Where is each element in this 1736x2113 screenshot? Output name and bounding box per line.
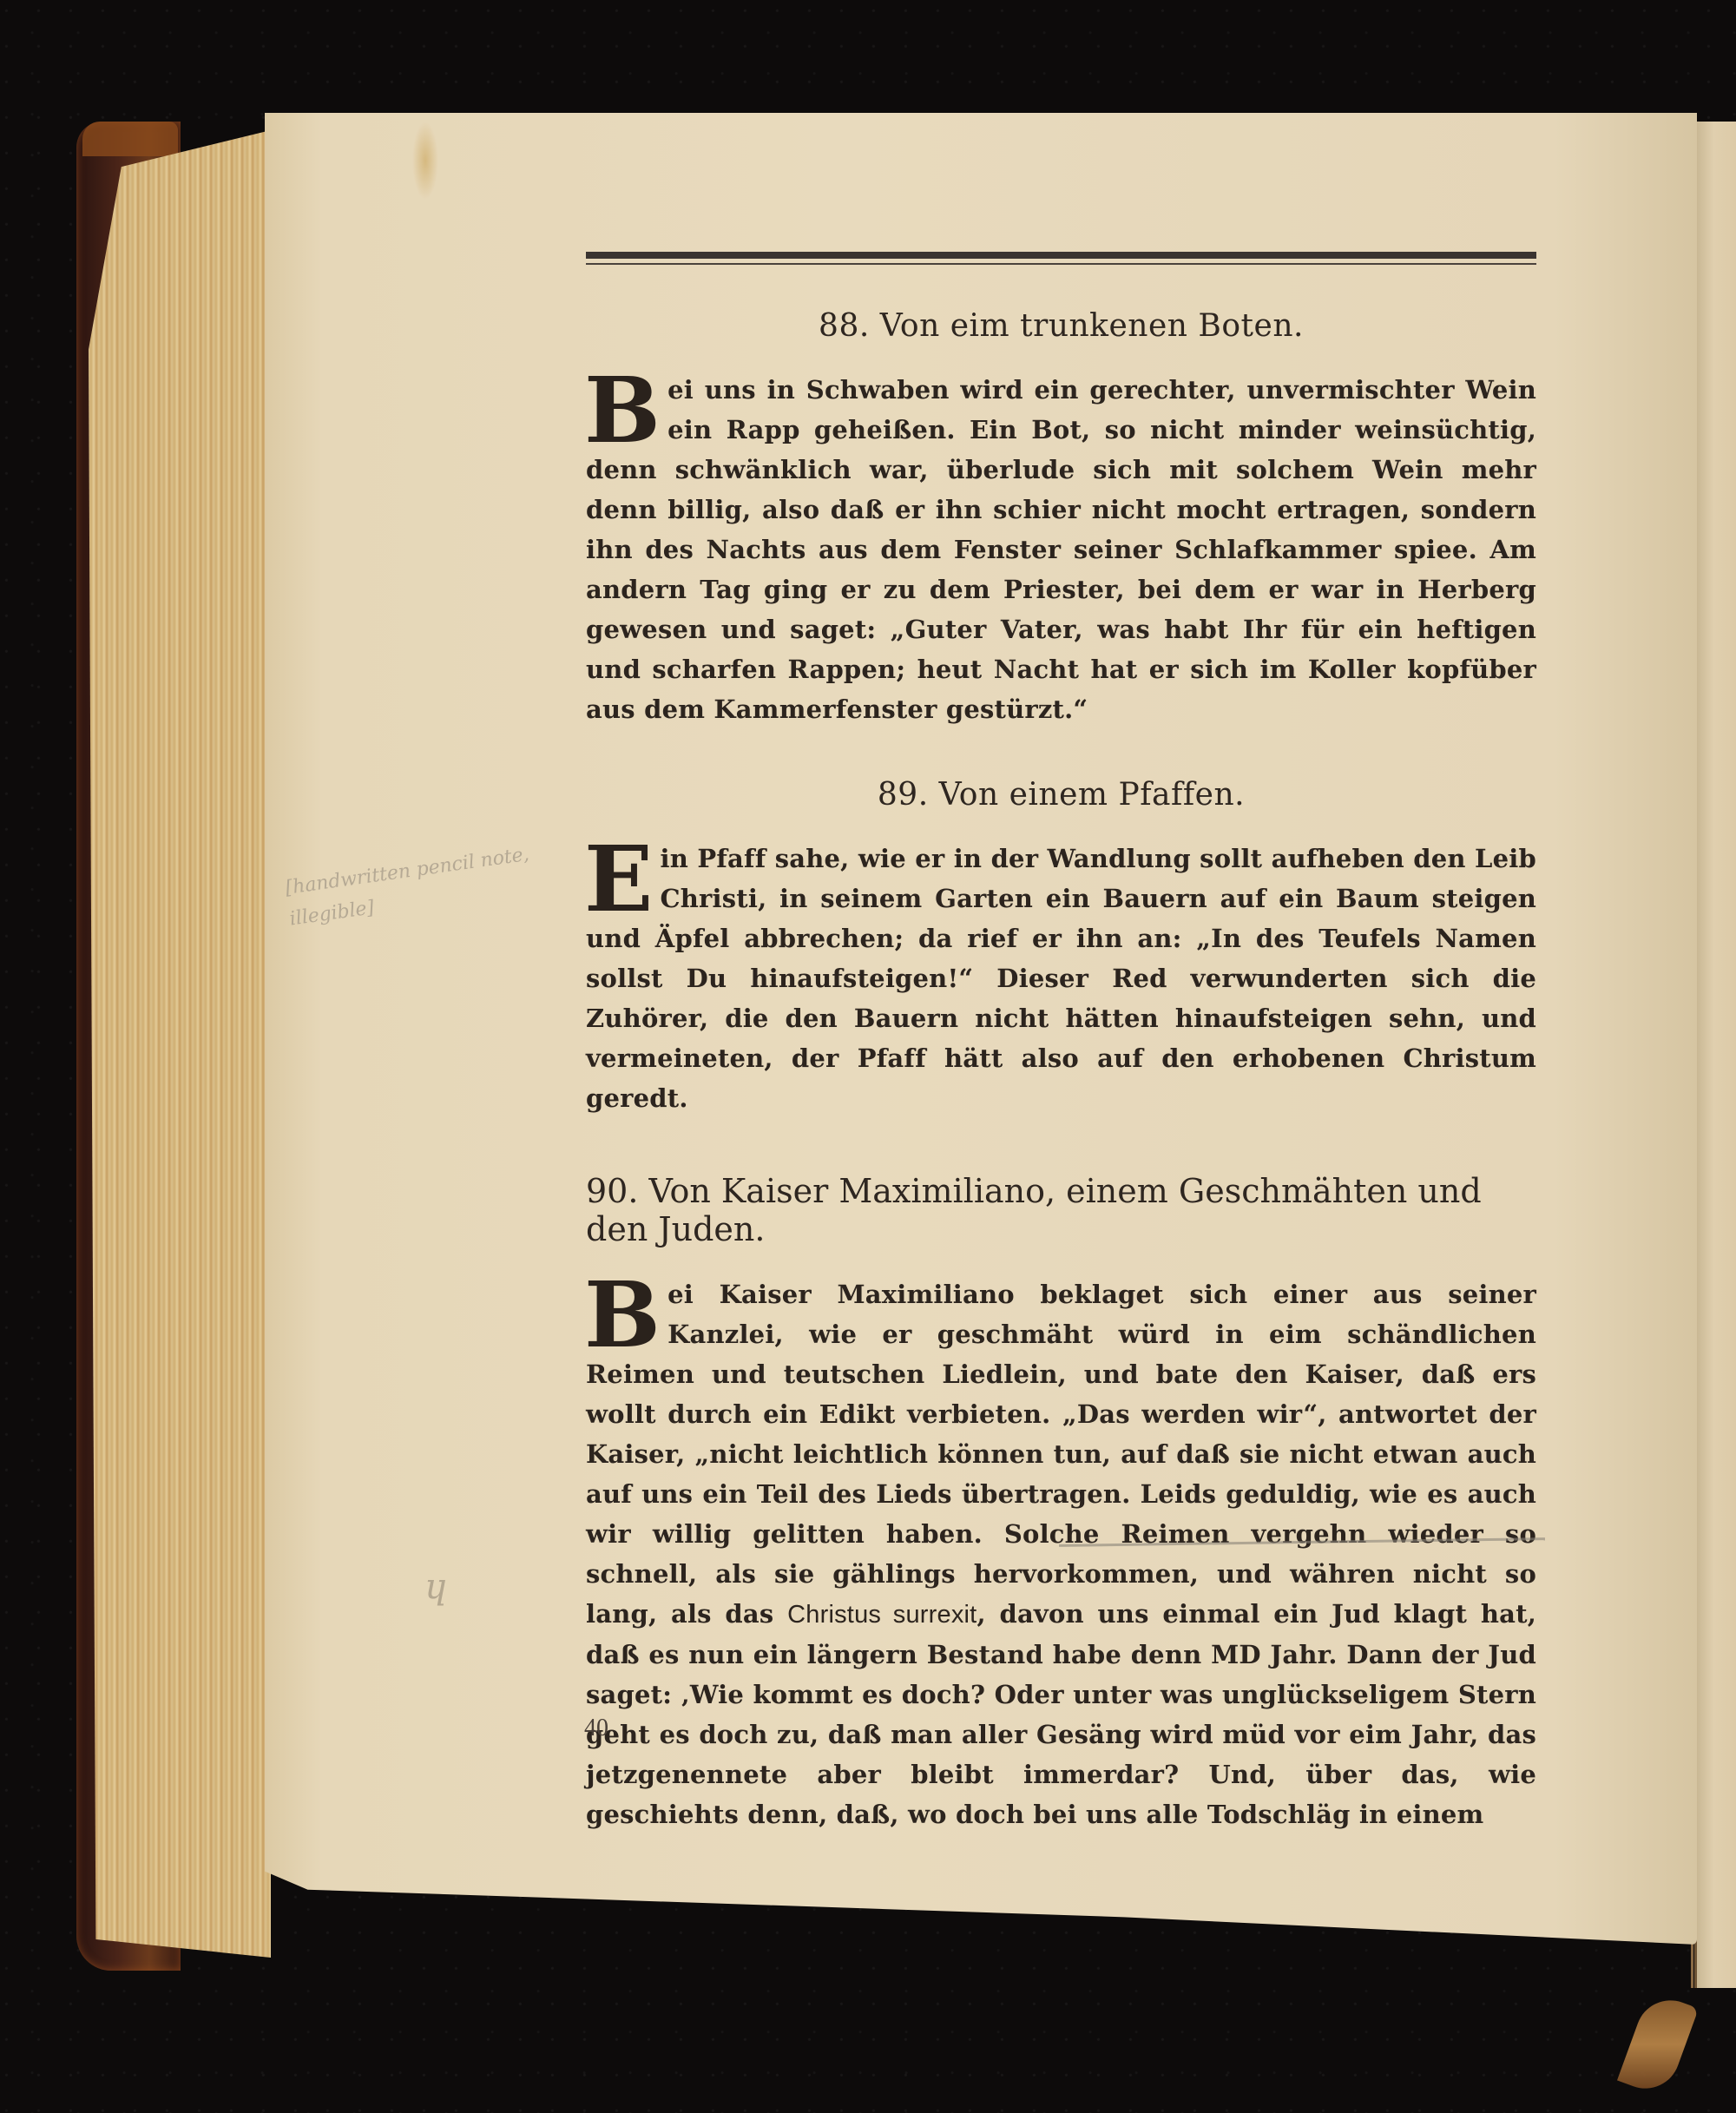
story-title-88: 88. Von eim trunkenen Boten. [586, 308, 1536, 344]
dropcap-88: B [584, 375, 661, 450]
page-number: 40 [584, 1715, 608, 1742]
story-text-88: Bei uns in Schwaben wird ein gerechter, … [586, 370, 1536, 729]
page-stack-edges [89, 130, 271, 1958]
header-rule-thick [586, 252, 1536, 259]
latin-phrase: Christus surrexit [787, 1601, 976, 1629]
story-body-88: ei uns in Schwaben wird ein gerechter, u… [586, 375, 1536, 724]
story-title-90: 90. Von Kaiser Maximiliano, einem Geschm… [586, 1172, 1536, 1248]
story-title-89: 89. Von einem Pfaffen. [586, 777, 1536, 813]
bookmark-ribbon [1617, 1991, 1699, 2098]
facing-page-edge [1694, 122, 1736, 1988]
story-body-89: in Pfaff sahe, wie er in der Wandlung so… [586, 844, 1536, 1113]
story-body-90-part2: , davon uns einmal ein Jud klagt hat, da… [586, 1599, 1536, 1829]
page-content: 88. Von eim trunkenen Boten. Bei uns in … [586, 252, 1536, 1834]
book-cover-edge [82, 122, 178, 156]
story-text-90: Bei Kaiser Maximiliano beklaget sich ein… [586, 1274, 1536, 1834]
story-body-90-part1: ei Kaiser Maximiliano beklaget sich eine… [586, 1280, 1536, 1629]
header-rule-thin [586, 263, 1536, 265]
dropcap-90: B [584, 1280, 661, 1354]
margin-pencil-mark: ɥ [425, 1567, 448, 1607]
dropcap-89: E [584, 844, 653, 918]
story-text-89: Ein Pfaff sahe, wie er in der Wandlung s… [586, 839, 1536, 1118]
